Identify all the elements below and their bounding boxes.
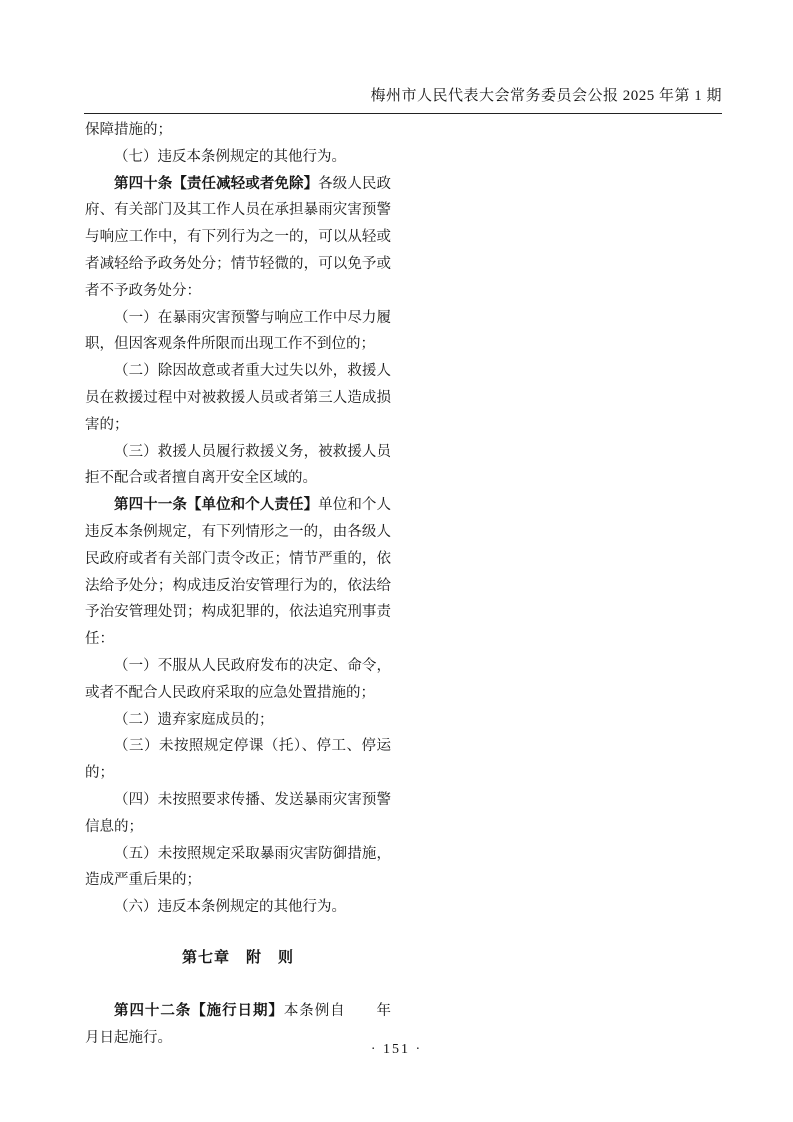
page-number: · 151 · — [371, 1042, 422, 1057]
continuation-paragraph: 保障措施的； — [85, 117, 391, 144]
article-40-number-title: 第四十条【责任减轻或者免除】 — [114, 176, 318, 192]
paragraph-text: （二）遗弃家庭成员的； — [114, 712, 274, 728]
page-footer: · 151 · — [0, 1042, 793, 1058]
paragraph-text: 保障措施的； — [85, 122, 172, 138]
page-header: 梅州市人民代表大会常务委员会公报 2025 年第 1 期 — [84, 86, 722, 114]
paragraph-text: 各级人民政府、有关部门及其工作人员在承担暴雨灾害预警与响应工作中，有下列行为之一… — [85, 176, 391, 299]
article-41-clause-6: （六）违反本条例规定的其他行为。 — [85, 894, 391, 921]
chapter-7-heading: 第七章 附 则 — [85, 945, 391, 972]
article-text-column: 保障措施的； （七）违反本条例规定的其他行为。 第四十条【责任减轻或者免除】各级… — [85, 117, 391, 1051]
gazette-header-title: 梅州市人民代表大会常务委员会公报 2025 年第 1 期 — [370, 88, 722, 104]
article-41-clause-4: （四）未按照要求传播、发送暴雨灾害预警信息的； — [85, 787, 391, 841]
paragraph-text: （四）未按照要求传播、发送暴雨灾害预警信息的； — [85, 792, 391, 835]
paragraph-text: （三）未按照规定停课（托）、停工、停运的； — [85, 738, 391, 781]
paragraph-text: （七）违反本条例规定的其他行为。 — [114, 149, 346, 165]
article-40: 第四十条【责任减轻或者免除】各级人民政府、有关部门及其工作人员在承担暴雨灾害预警… — [85, 171, 391, 305]
article-40-clause-1: （一）在暴雨灾害预警与响应工作中尽力履职，但因客观条件所限而出现工作不到位的； — [85, 305, 391, 359]
article-42-number-title: 第四十二条【施行日期】 — [114, 1003, 284, 1019]
paragraph-text: （一）不服从人民政府发布的决定、命令，或者不配合人民政府采取的应急处置措施的； — [85, 658, 391, 701]
clause-7-item: （七）违反本条例规定的其他行为。 — [85, 144, 391, 171]
article-40-clause-2: （二）除因故意或者重大过失以外，救援人员在救援过程中对被救援人员或者第三人造成损… — [85, 358, 391, 438]
paragraph-text: （五）未按照规定采取暴雨灾害防御措施，造成严重后果的； — [85, 846, 391, 889]
article-41-clause-5: （五）未按照规定采取暴雨灾害防御措施，造成严重后果的； — [85, 841, 391, 895]
article-41-clause-2: （二）遗弃家庭成员的； — [85, 707, 391, 734]
paragraph-text: （六）违反本条例规定的其他行为。 — [114, 899, 346, 915]
paragraph-text: （三）救援人员履行救援义务，被救援人员拒不配合或者擅自离开安全区域的。 — [85, 444, 391, 487]
article-41-clause-1: （一）不服从人民政府发布的决定、命令，或者不配合人民政府采取的应急处置措施的； — [85, 653, 391, 707]
article-41-clause-3: （三）未按照规定停课（托）、停工、停运的； — [85, 733, 391, 787]
article-41-number-title: 第四十一条【单位和个人责任】 — [114, 497, 318, 513]
paragraph-text: （二）除因故意或者重大过失以外，救援人员在救援过程中对被救援人员或者第三人造成损… — [85, 363, 391, 433]
gazette-page: 梅州市人民代表大会常务委员会公报 2025 年第 1 期 保障措施的； （七）违… — [0, 0, 793, 1122]
article-40-clause-3: （三）救援人员履行救援义务，被救援人员拒不配合或者擅自离开安全区域的。 — [85, 439, 391, 493]
article-41: 第四十一条【单位和个人责任】单位和个人违反本条例规定，有下列情形之一的，由各级人… — [85, 492, 391, 653]
paragraph-text: （一）在暴雨灾害预警与响应工作中尽力履职，但因客观条件所限而出现工作不到位的； — [85, 310, 391, 353]
paragraph-text: 单位和个人违反本条例规定，有下列情形之一的，由各级人民政府或者有关部门责令改正；… — [85, 497, 391, 647]
